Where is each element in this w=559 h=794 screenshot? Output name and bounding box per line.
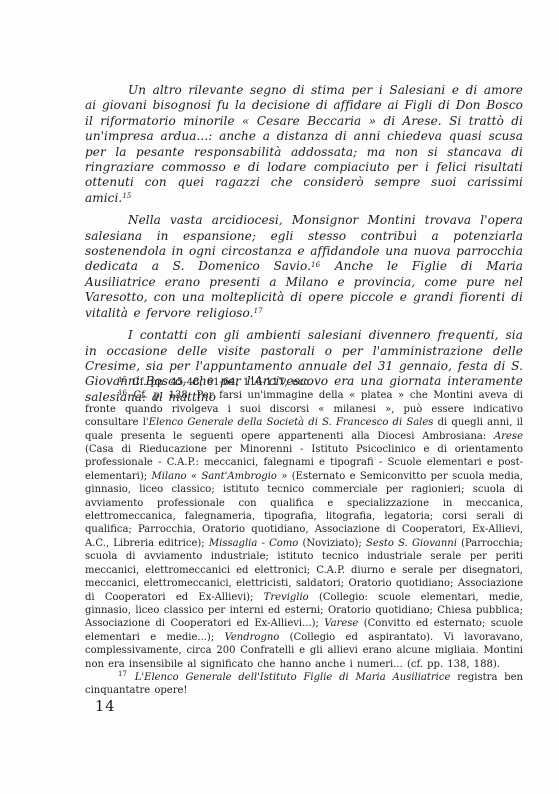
paragraph-riformatorio-beccaria: Un altro rilevante segno di stima per i … xyxy=(85,83,523,206)
page-number: 14 xyxy=(95,699,115,715)
text-run: Sesto S. Giovanni xyxy=(366,538,457,549)
footnote-marker: 17 xyxy=(118,670,128,678)
text-run xyxy=(128,672,135,683)
footnote-marker: 16 xyxy=(311,261,321,269)
footnote-marker: 15 xyxy=(122,192,132,200)
book-page: Un altro rilevante segno di stima per i … xyxy=(0,0,559,794)
text-run: Milano « Sant'Ambrogio » xyxy=(151,471,287,482)
text-run: Arese xyxy=(494,431,523,442)
footnote-15: 15 Cf. pp. 45-48, 61-64, 116-117, ecc. xyxy=(85,376,523,389)
footnote-marker: 16 xyxy=(118,389,128,397)
text-run: Treviglio xyxy=(264,592,309,603)
text-run: Un altro rilevante segno di stima per i … xyxy=(85,83,523,205)
footnote-marker: 17 xyxy=(254,307,264,315)
footnote-marker: 15 xyxy=(118,376,128,384)
text-run: Elenco Generale della Società di S. Fran… xyxy=(149,417,434,428)
footnote-16: 16 Cf. p. 138. Per farsi un'immagine del… xyxy=(85,389,523,671)
text-run: Cf. pp. 45-48, 61-64, 116-117, ecc. xyxy=(128,377,312,388)
footnote-17: 17 L'Elenco Generale dell'Istituto Figli… xyxy=(85,671,523,698)
text-run: (Noviziato); xyxy=(298,538,366,549)
paragraph-arcidiocesi: Nella vasta arcidiocesi, Monsignor Monti… xyxy=(85,213,523,321)
footnotes: 15 Cf. pp. 45-48, 61-64, 116-117, ecc. 1… xyxy=(85,376,523,698)
text-run: Vendrogno xyxy=(225,632,280,643)
body-text: Un altro rilevante segno di stima per i … xyxy=(85,83,523,405)
text-run: Varese xyxy=(324,618,358,629)
text-run: L'Elenco Generale dell'Istituto Figlie d… xyxy=(135,672,451,683)
text-run: Missaglia - Como xyxy=(209,538,298,549)
